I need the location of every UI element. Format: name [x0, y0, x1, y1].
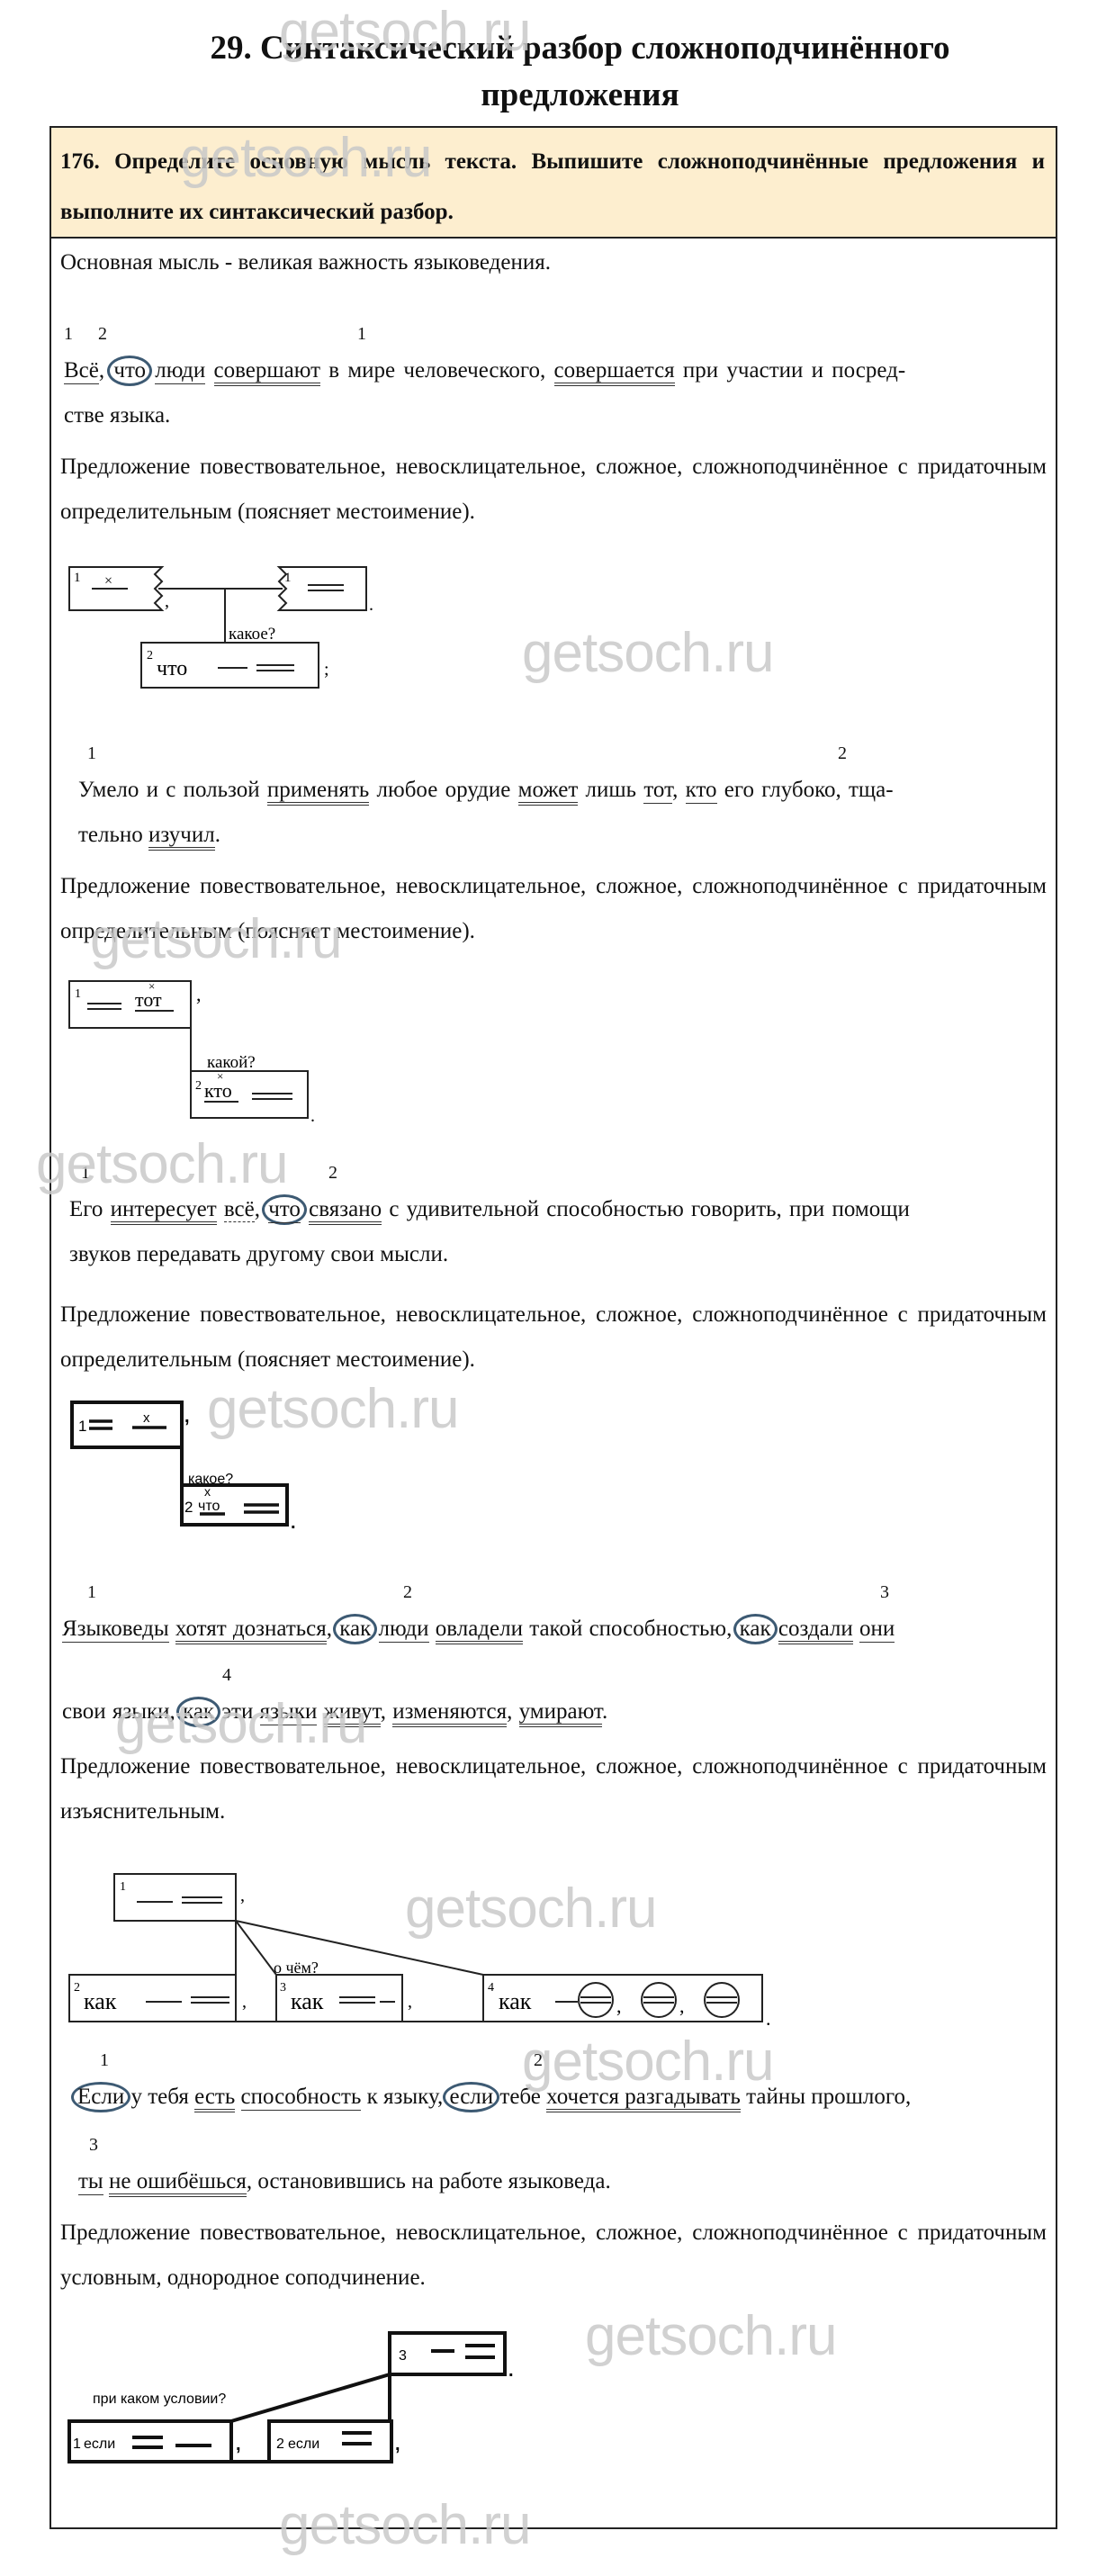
sentence-2-line-2: тельно изучил. [78, 823, 220, 848]
svg-text:.: . [369, 595, 373, 615]
svg-text:.: . [291, 1513, 296, 1533]
subject: тот [643, 778, 672, 804]
clause-number: 2 [98, 324, 107, 345]
svg-text:1: 1 [78, 1418, 86, 1435]
clause-number: 3 [89, 2135, 98, 2156]
predicate: совершают [214, 358, 320, 386]
sentence-1-analysis: Предложение повествовательное, невосклиц… [60, 445, 1047, 535]
punct: , [672, 778, 678, 802]
svg-text:,: , [395, 2435, 400, 2454]
svg-text:2: 2 [184, 1499, 193, 1516]
sentence-5-line-2: ты не ошибёшься, остановившись на работе… [78, 2169, 611, 2194]
predicate: есть [194, 2085, 235, 2112]
svg-text:как: как [291, 1988, 324, 2014]
schema-question: при каком условии? [93, 2391, 226, 2407]
svg-text:что: что [198, 1499, 220, 1514]
schema-question: какое? [188, 1472, 233, 1487]
svg-text:,: , [240, 1886, 245, 1905]
text: такой способностью, [529, 1617, 732, 1641]
svg-text:2: 2 [74, 1981, 80, 1995]
predicate: хотят дознаться [175, 1617, 327, 1644]
sentence-3-line-2: звуков передавать другому свои мысли. [69, 1242, 448, 1267]
clause-number: 2 [838, 743, 847, 764]
predicate: хочется разгадывать [546, 2085, 741, 2112]
sentence-1-line-1: Всё, что люди совершают в мире человечес… [64, 358, 905, 383]
schema-question: какое? [229, 625, 275, 644]
svg-text:3: 3 [280, 1981, 286, 1995]
sentence-5-analysis: Предложение повествовательное, невосклиц… [60, 2211, 1047, 2301]
svg-text:,: , [236, 2435, 241, 2454]
punct: , [507, 1699, 512, 1724]
clause-number: 2 [534, 2050, 543, 2071]
task-statement: 176. Определите основную мысль текста. В… [51, 128, 1056, 239]
predicate: совершается [554, 358, 675, 386]
punct: , [99, 358, 104, 383]
punct: . [215, 823, 220, 847]
clause-number: 4 [222, 1665, 231, 1686]
text: Умело и с пользой [78, 778, 260, 802]
subject: люди [379, 1617, 429, 1643]
predicate: умирают [519, 1699, 602, 1727]
svg-text:,: , [679, 1995, 685, 2017]
schema-3: 1 x , какое? x 2 что . [69, 1395, 339, 1521]
predicate: изучил [148, 823, 215, 851]
text: любое орудие [377, 778, 511, 802]
schema-1: 1 × 1 , . какое? 2 что ; [65, 560, 425, 695]
sentence-3-line-1: Его интересует всё, что связано с удивит… [69, 1197, 910, 1222]
svg-text:;: ; [324, 660, 329, 680]
text: в мире человеческого, [328, 358, 545, 383]
clause-number: 1 [357, 324, 366, 345]
predicate: живут [324, 1699, 381, 1727]
svg-text:x: x [143, 1410, 150, 1426]
predicate: применять [267, 778, 369, 806]
sentence-4-line-1: Языковеды хотят дознаться, как люди овла… [62, 1617, 895, 1642]
svg-text:×: × [104, 573, 112, 589]
svg-text:1: 1 [75, 987, 81, 1001]
conjunction-circle: что [107, 356, 152, 386]
svg-text:,: , [242, 1992, 247, 2012]
main-idea: Основная мысль - великая важность языков… [60, 250, 551, 275]
text: эти [221, 1699, 253, 1724]
clause-number: 2 [328, 1163, 337, 1184]
text: тельно [78, 823, 143, 847]
predicate: создали [778, 1617, 853, 1644]
text: при участии и посред- [683, 358, 905, 383]
svg-text:что: что [157, 657, 187, 680]
svg-text:как: как [84, 1988, 117, 2014]
clause-number: 1 [81, 1163, 90, 1184]
svg-text:2: 2 [195, 1079, 202, 1093]
svg-text:.: . [766, 2007, 771, 2030]
punct: , [327, 1617, 332, 1641]
subject: языки [260, 1699, 318, 1725]
sentence-2-analysis: Предложение повествовательное, невосклиц… [60, 864, 1047, 954]
svg-text:,: , [616, 1995, 622, 2017]
subject: Всё [64, 358, 99, 384]
sentence-5-line-1: Если у тебя есть способность к языку, ес… [76, 2085, 911, 2110]
conjunction-circle: как [733, 1614, 778, 1644]
svg-text:,: , [408, 1992, 412, 2012]
subject: люди [155, 358, 205, 384]
clause-number: 1 [64, 324, 73, 345]
text: , остановившись на работе языковеда. [247, 2169, 611, 2193]
text: Его [69, 1197, 103, 1221]
text: его глубоко, тща- [724, 778, 894, 802]
subject: способность [241, 2085, 362, 2111]
text: лишь [586, 778, 637, 802]
svg-text:,: , [165, 591, 169, 611]
svg-text:1: 1 [120, 1880, 126, 1894]
text: у тебя [130, 2085, 188, 2109]
sentence-3-analysis: Предложение повествовательное, невосклиц… [60, 1293, 1047, 1383]
text: тайны прошлого, [746, 2085, 911, 2109]
svg-text:,: , [184, 1407, 190, 1427]
text: с удивительной способностью говорить, пр… [389, 1197, 910, 1221]
clause-number: 2 [403, 1582, 412, 1603]
title-line-1: 29. Синтаксический разбор сложноподчинён… [0, 25, 1115, 72]
svg-text:1: 1 [73, 2436, 81, 2452]
subject: ты [78, 2169, 103, 2195]
conjunction-circle: как [333, 1614, 377, 1644]
svg-text:как: как [499, 1988, 532, 2014]
svg-text:2: 2 [147, 649, 153, 662]
sentence-2-line-1: Умело и с пользой применять любое орудие… [78, 778, 894, 803]
schema-2: 1 тот × , какой? 2 кто × . [67, 974, 355, 1109]
conjunction-circle: если [443, 2082, 499, 2112]
schema-4: 1 , о чём? 2 как , 3 как , 4 как , , . [69, 1865, 789, 2000]
svg-text:x: x [204, 1484, 211, 1499]
sentence-4-analysis: Предложение повествовательное, невосклиц… [60, 1744, 1047, 1834]
predicate: связано [309, 1197, 382, 1225]
conjunction-circle: что [262, 1194, 307, 1225]
exercise-frame: 176. Определите основную мысль текста. В… [49, 126, 1057, 2529]
conjunction-circle: Если [71, 2082, 130, 2112]
svg-text:×: × [217, 1069, 223, 1083]
subject: что [268, 1197, 301, 1223]
svg-text:3: 3 [399, 2348, 407, 2364]
svg-text:4: 4 [488, 1981, 494, 1995]
punct: , [381, 1699, 386, 1724]
subject: Языковеды [62, 1617, 169, 1643]
clause-number: 1 [87, 743, 96, 764]
predicate: изменяются [392, 1699, 507, 1727]
text: свои языки, [62, 1699, 175, 1724]
predicate: овладели [436, 1617, 523, 1644]
page-title: 29. Синтаксический разбор сложноподчинён… [0, 25, 1115, 119]
object: всё [224, 1197, 255, 1222]
subject: они [859, 1617, 895, 1643]
clause-number: 1 [87, 1582, 96, 1603]
subject: кто [686, 778, 717, 804]
sentence-1-line-2: стве языка. [64, 403, 170, 428]
svg-text:1: 1 [284, 571, 292, 585]
svg-text:×: × [148, 979, 155, 993]
svg-text:если: если [84, 2436, 115, 2452]
svg-text:.: . [508, 2361, 514, 2381]
sentence-4-line-2: свои языки, как эти языки живут, изменяю… [62, 1699, 607, 1725]
punct: . [602, 1699, 607, 1724]
predicate: интересует [111, 1197, 217, 1225]
text: к языку, [367, 2085, 444, 2109]
conjunction-circle: как [176, 1697, 220, 1727]
clause-number: 1 [100, 2050, 109, 2071]
svg-text:.: . [310, 1106, 315, 1126]
svg-text:,: , [196, 983, 202, 1005]
schema-5: 3 . при каком условии? 1 если , 2 если , [67, 2324, 571, 2486]
schema-question: какой? [207, 1053, 256, 1072]
schema-question: о чём? [274, 1959, 319, 1977]
text: тебе [499, 2085, 541, 2109]
predicate: может [518, 778, 579, 806]
predicate: не ошибёшься [109, 2169, 247, 2197]
clause-number: 3 [880, 1582, 889, 1603]
schema-label: 1 [74, 571, 81, 585]
svg-text:2: 2 [276, 2436, 284, 2452]
svg-text:если: если [288, 2436, 319, 2452]
punct: , [255, 1197, 260, 1221]
title-line-2: предложения [0, 72, 1115, 119]
